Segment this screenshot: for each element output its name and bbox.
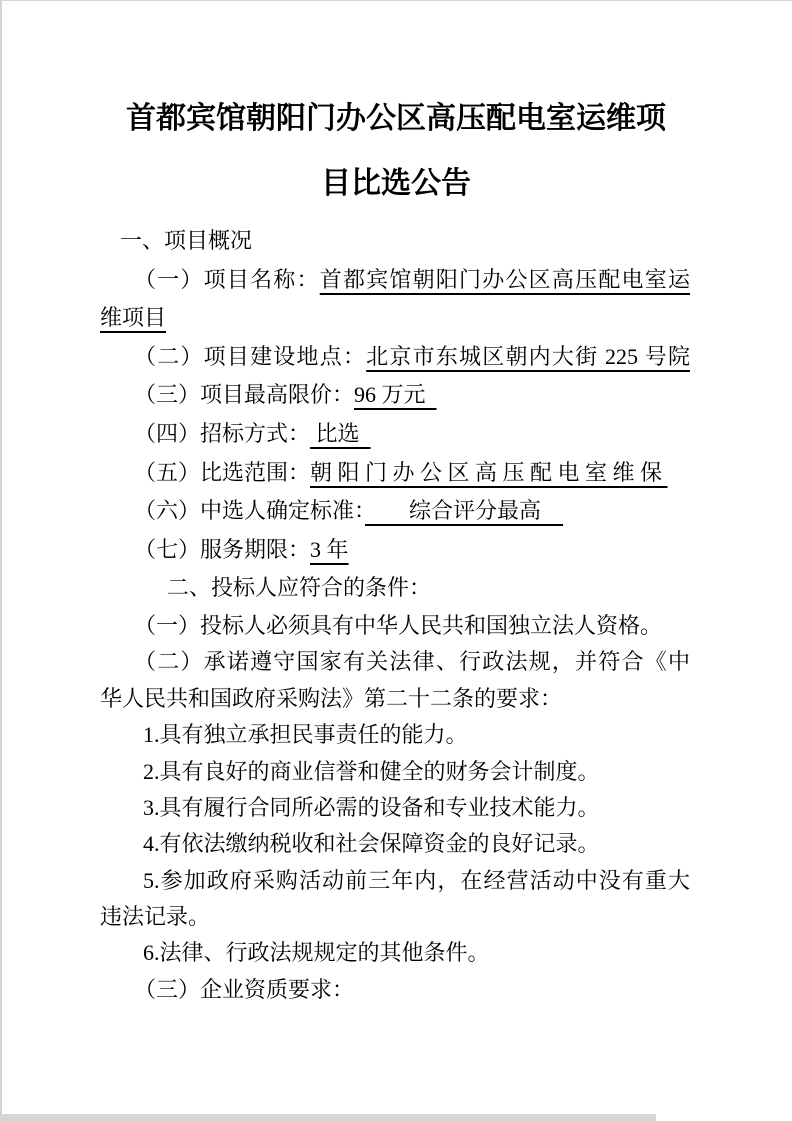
winner-criteria-item: （六）中选人确定标准： 综合评分最高 [100,492,690,531]
service-period-label: （七）服务期限： [134,537,310,562]
document-page: { "page": { "background": "#ffffff", "te… [0,0,792,1121]
section-bidder-conditions: （一）投标人必须具有中华人民共和国独立法人资格。 （二）承诺遵守国家有关法律、行… [100,608,690,1008]
max-price-item: （三）项目最高限价：96 万元 [100,376,690,415]
max-price-label: （三）项目最高限价： [134,382,354,407]
page-bottom-edge [0,1114,656,1121]
project-name-label: （一）项目名称： [134,267,320,292]
bidder-condition-1: （一）投标人必须具有中华人民共和国独立法人资格。 [100,608,690,644]
project-name-value-cont: 维项目 [100,299,690,338]
requirement-4-text: 4.有依法缴纳税收和社会保障资金的良好记录。 [143,831,600,856]
requirement-5: 5.参加政府采购活动前三年内，在经营活动中没有重大 [100,863,690,899]
requirement-5-cont: 违法记录。 [100,899,690,935]
section-1-heading-text: 一、项目概况 [120,228,252,253]
requirement-6-text: 6.法律、行政法规规定的其他条件。 [143,940,490,965]
requirement-6: 6.法律、行政法规规定的其他条件。 [100,935,690,971]
tender-method-item: （四）招标方式： 比选 [100,415,690,454]
document-title-line-1: 首都宾馆朝阳门办公区高压配电室运维项 [0,86,792,151]
requirement-2: 2.具有良好的商业信誉和健全的财务会计制度。 [100,754,690,790]
location-label: （二）项目建设地点： [134,344,366,369]
bidder-condition-2-cont-text: 华人民共和国政府采购法》第二十二条的要求： [100,686,562,711]
project-name-item: （一）项目名称：首都宾馆朝阳门办公区高压配电室运 [100,261,690,300]
document-title-line-2: 目比选公告 [0,151,792,216]
tender-method-value: 比选 [310,421,371,446]
bidder-condition-2-text: （二）承诺遵守国家有关法律、行政法规，并符合《中 [134,649,690,674]
section-1-heading: 一、项目概况 [100,222,690,261]
location-item: （二）项目建设地点：北京市东城区朝内大街 225 号院 [100,338,690,377]
document-body: 一、项目概况 （一）项目名称：首都宾馆朝阳门办公区高压配电室运 维项目 （二）项… [100,222,690,1008]
requirement-3-text: 3.具有履行合同所必需的设备和专业技术能力。 [143,795,600,820]
tender-method-label: （四）招标方式： [134,421,310,446]
service-period-value: 3 年 [310,537,349,562]
qualification-heading-text: （三）企业资质要求： [134,977,354,1002]
bidder-condition-2-cont: 华人民共和国政府采购法》第二十二条的要求： [100,681,690,717]
bidder-condition-2: （二）承诺遵守国家有关法律、行政法规，并符合《中 [100,644,690,680]
location-value: 北京市东城区朝内大街 225 号院 [366,344,690,369]
winner-criteria-label: （六）中选人确定标准： [134,498,365,523]
project-name-value-cont-text: 维项目 [100,305,166,330]
winner-criteria-value: 综合评分最高 [365,498,563,523]
project-name-value: 首都宾馆朝阳门办公区高压配电室运 [320,267,690,292]
qualification-heading: （三）企业资质要求： [100,972,690,1008]
selection-scope-item: （五）比选范围：朝阳门办公区高压配电室维保 [100,454,690,493]
selection-scope-value: 朝阳门办公区高压配电室维保 [310,460,668,485]
requirement-1: 1.具有独立承担民事责任的能力。 [100,717,690,753]
section-project-overview: 一、项目概况 （一）项目名称：首都宾馆朝阳门办公区高压配电室运 维项目 （二）项… [100,222,690,608]
max-price-value: 96 万元 [354,382,437,407]
bidder-condition-1-text: （一）投标人必须具有中华人民共和国独立法人资格。 [134,613,662,638]
selection-scope-label: （五）比选范围： [134,460,310,485]
requirement-5-cont-text: 违法记录。 [100,904,210,929]
requirement-3: 3.具有履行合同所必需的设备和专业技术能力。 [100,790,690,826]
page-top-edge [0,0,792,1]
service-period-item: （七）服务期限：3 年 [100,531,690,570]
requirement-4: 4.有依法缴纳税收和社会保障资金的良好记录。 [100,826,690,862]
section-2-heading: 二、投标人应符合的条件： [100,569,690,608]
requirement-2-text: 2.具有良好的商业信誉和健全的财务会计制度。 [143,759,600,784]
requirement-1-text: 1.具有独立承担民事责任的能力。 [143,722,468,747]
document-title: 首都宾馆朝阳门办公区高压配电室运维项 目比选公告 [0,86,792,216]
requirement-5-text: 5.参加政府采购活动前三年内，在经营活动中没有重大 [143,868,690,893]
page-left-edge [0,0,2,1121]
section-2-heading-text: 二、投标人应符合的条件： [167,575,431,600]
